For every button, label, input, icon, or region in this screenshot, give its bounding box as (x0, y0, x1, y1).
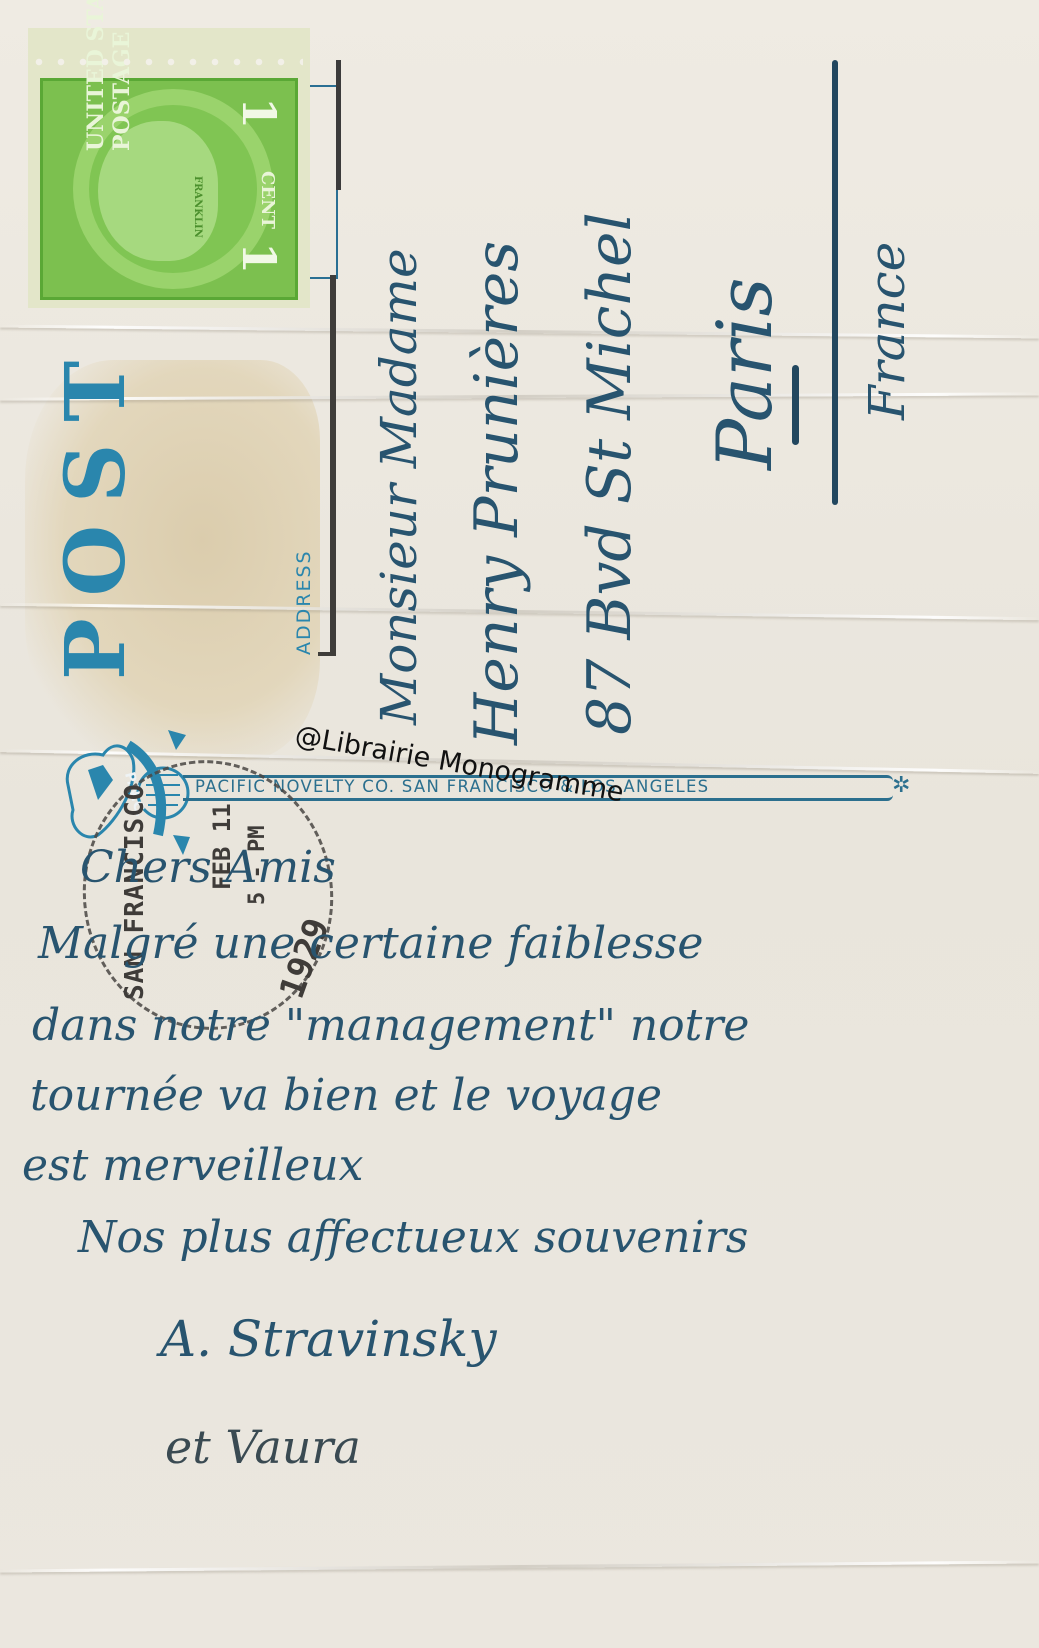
address-line-country: France (858, 242, 916, 420)
city-underline (792, 365, 799, 445)
message-salutation: Chers Amis (80, 842, 336, 893)
address-line-2: Henry Prunières (462, 241, 532, 745)
address-divider-rule (330, 275, 336, 655)
postage-stamp: UNITED STATES POSTAGE FRANKLIN CENT 1 1 (28, 28, 310, 308)
address-line-city: Paris (700, 277, 789, 470)
address-label: ADDRESS (293, 549, 315, 655)
post-card-heading: POST (48, 339, 144, 680)
ornament-icon: ✲ (892, 773, 910, 798)
signature-cosigner: et Vaura (165, 1420, 361, 1474)
stamp-postage-text: UNITED STATES POSTAGE (83, 0, 135, 151)
country-rule (832, 60, 838, 505)
stamp-portrait-name: FRANKLIN (192, 176, 203, 238)
message-line: dans notre "management" notre (32, 1000, 749, 1051)
stamp-numeral-bottom: 1 (232, 242, 286, 274)
address-line-1: Monsieur Madame (370, 248, 428, 725)
message-line: est merveilleux (22, 1140, 363, 1191)
crease (0, 1560, 1039, 1572)
divider-rule (336, 60, 341, 190)
signature: A. Stravinsky (160, 1310, 497, 1368)
postcard: UNITED STATES POSTAGE FRANKLIN CENT 1 1 … (0, 0, 1039, 1648)
stamp-numeral-top: 1 (232, 97, 286, 129)
message-line: Malgré une certaine faiblesse (38, 918, 703, 969)
message-closing: Nos plus affectueux souvenirs (78, 1212, 748, 1263)
message-line: tournée va bien et le voyage (30, 1070, 662, 1121)
stamp-denomination-word: CENT (257, 171, 278, 229)
address-line-3: 87 Bvd St Michel (575, 212, 645, 735)
stamp-placement-box (310, 85, 338, 279)
address-divider-foot (318, 652, 336, 656)
stamp-design: UNITED STATES POSTAGE FRANKLIN CENT 1 1 (40, 78, 298, 300)
stamp-perforations (28, 58, 303, 66)
